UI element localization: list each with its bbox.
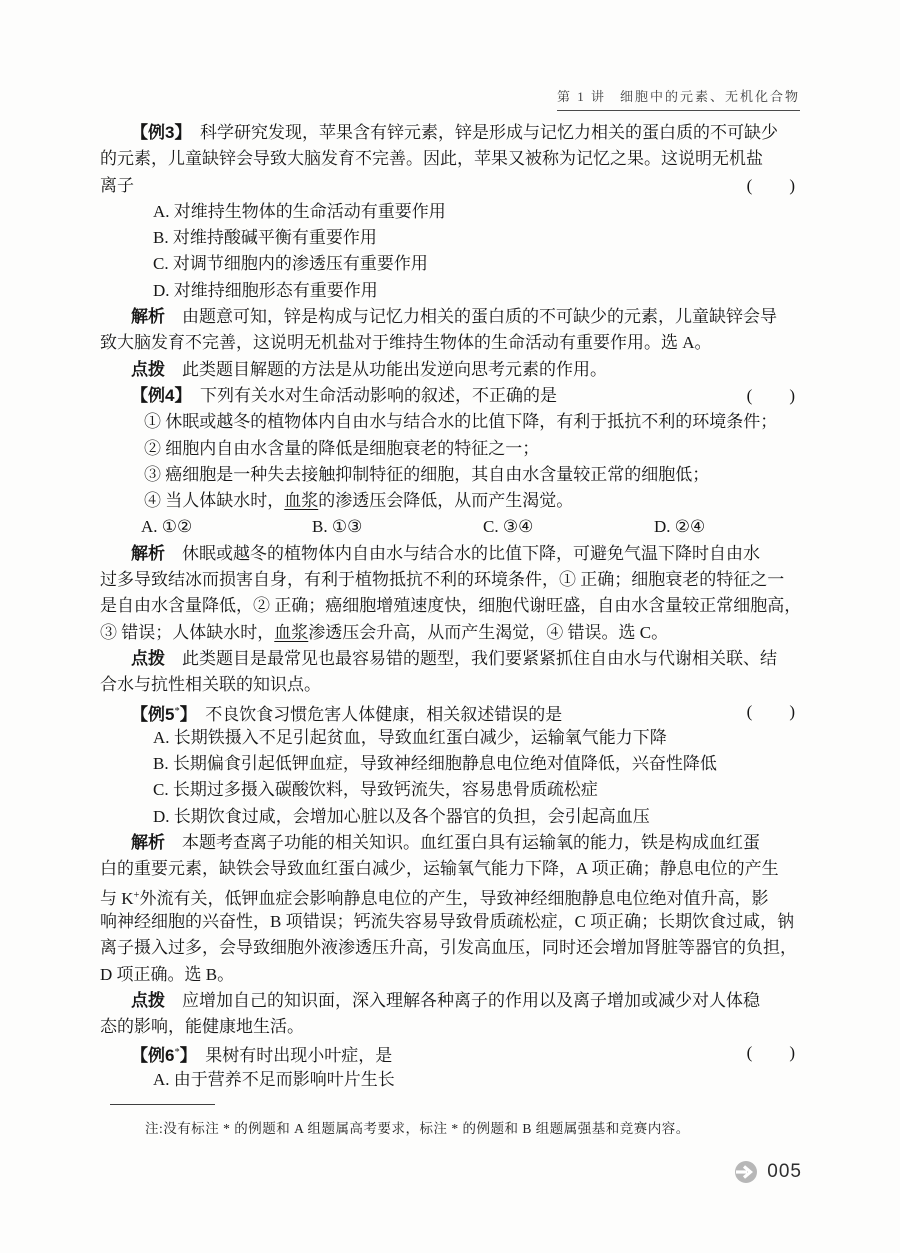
text-segment: 白的重要元素，缺铁会导致血红蛋白减少，运输氧气能力下降，A 项正确；静息电位的产… [100, 859, 779, 878]
ex4-item-1: ① 休眠或越冬的植物体内自由水与结合水的比值下降，有利于抵抗不利的环境条件； [100, 409, 800, 435]
bold-label: 解析 [131, 833, 165, 852]
text-segment: A. 对维持生物体的生命活动有重要作用 [153, 202, 446, 221]
choice-item: A. ①② [141, 514, 312, 540]
text-segment: 的渗透压会降低，从而产生渴觉。 [318, 491, 573, 510]
bold-label: 点拨 [131, 360, 165, 379]
text-segment: ① 休眠或越冬的植物体内自由水与结合水的比值下降，有利于抵抗不利的环境条件； [144, 412, 777, 431]
ex4-tip-1: 点拨 此类题目是最常见也最容易错的题型，我们要紧紧抓住自由水与代谢相关联、结 [100, 646, 800, 672]
text-segment: 休眠或越冬的植物体内自由水与结合水的比值下降，可避免气温下降时自由水 [165, 544, 760, 563]
text-segment: 下列有关水对生命活动影响的叙述，不正确的是 [183, 386, 557, 405]
text-segment: 离子摄入过多，会导致细胞外液渗透压升高，引发高血压，同时还会增加肾脏等器官的负担… [100, 938, 797, 957]
ex3-analysis-1: 解析 由题意可知，锌是构成与记忆力相关的蛋白质的不可缺少的元素，儿童缺锌会导 [100, 304, 800, 330]
text-segment: A. 长期铁摄入不足引起贫血，导致血红蛋白减少，运输氧气能力下降 [153, 728, 667, 747]
text-segment: 合水与抗性相关联的知识点。 [100, 675, 321, 694]
bold-label: 【例4】 [131, 386, 183, 405]
ex6-option-a: A. 由于营养不足而影响叶片生长 [100, 1067, 800, 1093]
text-segment: D 项正确。选 B。 [100, 965, 234, 984]
text-segment: 是自由水含量降低，② 正确；癌细胞增殖速度快，细胞代谢旺盛，自由水含量较正常细胞… [100, 596, 801, 615]
bold-label: 点拨 [131, 649, 165, 668]
text-segment: 应增加自己的知识面，深入理解各种离子的作用以及离子增加或减少对人体稳 [165, 991, 760, 1010]
bold-label: 【例3】 [131, 123, 183, 142]
text-segment: 外流有关，低钾血症会影响静息电位的产生，导致神经细胞静息电位绝对值升高，影 [139, 889, 768, 908]
text-segment: ② 细胞内自由水含量的降低是细胞衰老的特征之一； [144, 439, 539, 458]
ex3-stem-1: 【例3】 科学研究发现，苹果含有锌元素，锌是形成与记忆力相关的蛋白质的不可缺少 [100, 120, 800, 146]
text-segment: 本题考查离子功能的相关知识。血红蛋白具有运输氧的能力，铁是构成血红蛋 [165, 833, 760, 852]
text-segment: 响神经细胞的兴奋性，B 项错误；钙流失容易导致骨质疏松症，C 项正确；长期饮食过… [100, 912, 794, 931]
bold-label: 点拨 [131, 991, 165, 1010]
text-segment: 与 K [100, 889, 134, 908]
text-segment: ③ 错误；人体缺水时， [100, 623, 274, 642]
ex4-item-3: ③ 癌细胞是一种失去接触抑制特征的细胞，其自由水含量较正常的细胞低； [100, 462, 800, 488]
text-segment: 的元素，儿童缺锌会导致大脑发育不完善。因此，苹果又被称为记忆之果。这说明无机盐 [100, 149, 763, 168]
text-segment: A. 由于营养不足而影响叶片生长 [153, 1070, 395, 1089]
ex3-option-a: A. 对维持生物体的生命活动有重要作用 [100, 199, 800, 225]
text-segment: ④ 当人体缺水时， [144, 491, 284, 510]
text-segment: 不良饮食习惯危害人体健康，相关叙述错误的是 [188, 705, 562, 724]
text-segment: 离子 [100, 176, 134, 195]
bold-label: 】 [180, 705, 189, 724]
ex3-option-b: B. 对维持酸碱平衡有重要作用 [100, 225, 800, 251]
text-segment: 由题意可知，锌是构成与记忆力相关的蛋白质的不可缺少的元素，儿童缺锌会导 [165, 307, 777, 326]
ex5-analysis-2: 白的重要元素，缺铁会导致血红蛋白减少，运输氧气能力下降，A 项正确；静息电位的产… [100, 856, 800, 882]
answer-paren: ( ) [747, 1040, 796, 1066]
underlined-term: 血浆 [284, 491, 318, 510]
footnote-divider [110, 1104, 215, 1105]
ex4-item-4: ④ 当人体缺水时，血浆的渗透压会降低，从而产生渴觉。 [100, 488, 800, 514]
ex4-analysis-2: 过多导致结冰而损害自身，有利于植物抵抗不利的环境条件，① 正确；细胞衰老的特征之… [100, 567, 800, 593]
ex4-choices: A. ①②B. ①③C. ③④D. ②④ [100, 514, 800, 540]
text-segment: C. 对调节细胞内的渗透压有重要作用 [153, 254, 428, 273]
ex5-tip-1: 点拨 应增加自己的知识面，深入理解各种离子的作用以及离子增加或减少对人体稳 [100, 988, 800, 1014]
text-segment: 果树有时出现小叶症，是 [188, 1046, 392, 1065]
textbook-page: 第 1 讲细胞中的元素、无机化合物 【例3】 科学研究发现，苹果含有锌元素，锌是… [0, 0, 900, 1253]
ex4-tip-2: 合水与抗性相关联的知识点。 [100, 672, 800, 698]
chapter-label: 第 1 讲 [557, 89, 606, 104]
text-segment: ③ 癌细胞是一种失去接触抑制特征的细胞，其自由水含量较正常的细胞低； [144, 465, 709, 484]
page-footer: 005 [734, 1160, 802, 1184]
text-segment: D. 对维持细胞形态有重要作用 [153, 281, 378, 300]
ex4-analysis-4: ③ 错误；人体缺水时，血浆渗透压会升高，从而产生渴觉，④ 错误。选 C。 [100, 620, 800, 646]
bold-label: 】 [180, 1046, 189, 1065]
ex5-analysis-4: 响神经细胞的兴奋性，B 项错误；钙流失容易导致骨质疏松症，C 项正确；长期饮食过… [100, 909, 800, 935]
ex5-option-c: C. 长期过多摄入碳酸饮料，导致钙流失，容易患骨质疏松症 [100, 777, 800, 803]
ex5-stem: 【例5*】 不良饮食习惯危害人体健康，相关叙述错误的是( ) [100, 699, 800, 725]
ex5-tip-2: 态的影响，能健康地生活。 [100, 1014, 800, 1040]
answer-paren: ( ) [747, 383, 796, 409]
ex4-analysis-1: 解析 休眠或越冬的植物体内自由水与结合水的比值下降，可避免气温下降时自由水 [100, 541, 800, 567]
ex4-analysis-3: 是自由水含量降低，② 正确；癌细胞增殖速度快，细胞代谢旺盛，自由水含量较正常细胞… [100, 593, 800, 619]
ex5-analysis-3: 与 K+外流有关，低钾血症会影响静息电位的产生，导致神经细胞静息电位绝对值升高，… [100, 883, 800, 909]
bold-label: 【例5 [131, 705, 174, 724]
ex3-stem-2: 的元素，儿童缺锌会导致大脑发育不完善。因此，苹果又被称为记忆之果。这说明无机盐 [100, 146, 800, 172]
ex5-analysis-1: 解析 本题考查离子功能的相关知识。血红蛋白具有运输氧的能力，铁是构成血红蛋 [100, 830, 800, 856]
bold-label: 【例6 [131, 1046, 174, 1065]
ex3-option-d: D. 对维持细胞形态有重要作用 [100, 278, 800, 304]
choice-item: C. ③④ [483, 514, 654, 540]
running-head: 第 1 讲细胞中的元素、无机化合物 [557, 86, 800, 111]
text-segment: B. 对维持酸碱平衡有重要作用 [153, 228, 377, 247]
ex5-option-a: A. 长期铁摄入不足引起贫血，导致血红蛋白减少，运输氧气能力下降 [100, 725, 800, 751]
ex5-option-d: D. 长期饮食过咸，会增加心脏以及各个器官的负担，会引起高血压 [100, 804, 800, 830]
text-segment: 过多导致结冰而损害自身，有利于植物抵抗不利的环境条件，① 正确；细胞衰老的特征之… [100, 570, 784, 589]
ex6-stem: 【例6*】 果树有时出现小叶症，是( ) [100, 1040, 800, 1066]
ex3-tip: 点拨 此类题目解题的方法是从功能出发逆向思考元素的作用。 [100, 357, 800, 383]
arrow-icon [734, 1160, 758, 1184]
footnote-note: 注:没有标注 * 的例题和 A 组题属高考要求，标注 * 的例题和 B 组题属强… [145, 1119, 785, 1139]
body-text: 【例3】 科学研究发现，苹果含有锌元素，锌是形成与记忆力相关的蛋白质的不可缺少的… [100, 120, 800, 1093]
text-segment: 态的影响，能健康地生活。 [100, 1017, 304, 1036]
bold-label: 解析 [131, 307, 165, 326]
bold-label: 解析 [131, 544, 165, 563]
ex3-stem-3: 离子( ) [100, 173, 800, 199]
text-segment: 此类题目是最常见也最容易错的题型，我们要紧紧抓住自由水与代谢相关联、结 [165, 649, 777, 668]
underlined-term: 血浆 [274, 623, 308, 642]
ex3-analysis-2: 致大脑发育不完善，这说明无机盐对于维持生物体的生命活动有重要作用。选 A。 [100, 330, 800, 356]
ex5-analysis-6: D 项正确。选 B。 [100, 962, 800, 988]
choice-item: B. ①③ [312, 514, 483, 540]
ex3-option-c: C. 对调节细胞内的渗透压有重要作用 [100, 251, 800, 277]
text-segment: D. 长期饮食过咸，会增加心脏以及各个器官的负担，会引起高血压 [153, 807, 650, 826]
page-number: 005 [767, 1161, 802, 1183]
text-segment: 科学研究发现，苹果含有锌元素，锌是形成与记忆力相关的蛋白质的不可缺少 [183, 123, 778, 142]
text-segment: 此类题目解题的方法是从功能出发逆向思考元素的作用。 [165, 360, 607, 379]
text-segment: C. 长期过多摄入碳酸饮料，导致钙流失，容易患骨质疏松症 [153, 780, 598, 799]
chapter-title: 细胞中的元素、无机化合物 [620, 89, 800, 104]
answer-paren: ( ) [747, 699, 796, 725]
text-segment: 渗透压会升高，从而产生渴觉，④ 错误。选 C。 [308, 623, 668, 642]
ex5-analysis-5: 离子摄入过多，会导致细胞外液渗透压升高，引发高血压，同时还会增加肾脏等器官的负担… [100, 935, 800, 961]
choice-item: D. ②④ [654, 514, 705, 540]
text-segment: B. 长期偏食引起低钾血症，导致神经细胞静息电位绝对值降低，兴奋性降低 [153, 754, 717, 773]
ex4-stem: 【例4】 下列有关水对生命活动影响的叙述，不正确的是( ) [100, 383, 800, 409]
ex4-item-2: ② 细胞内自由水含量的降低是细胞衰老的特征之一； [100, 436, 800, 462]
ex5-option-b: B. 长期偏食引起低钾血症，导致神经细胞静息电位绝对值降低，兴奋性降低 [100, 751, 800, 777]
answer-paren: ( ) [747, 173, 796, 199]
text-segment: 致大脑发育不完善，这说明无机盐对于维持生物体的生命活动有重要作用。选 A。 [100, 333, 712, 352]
